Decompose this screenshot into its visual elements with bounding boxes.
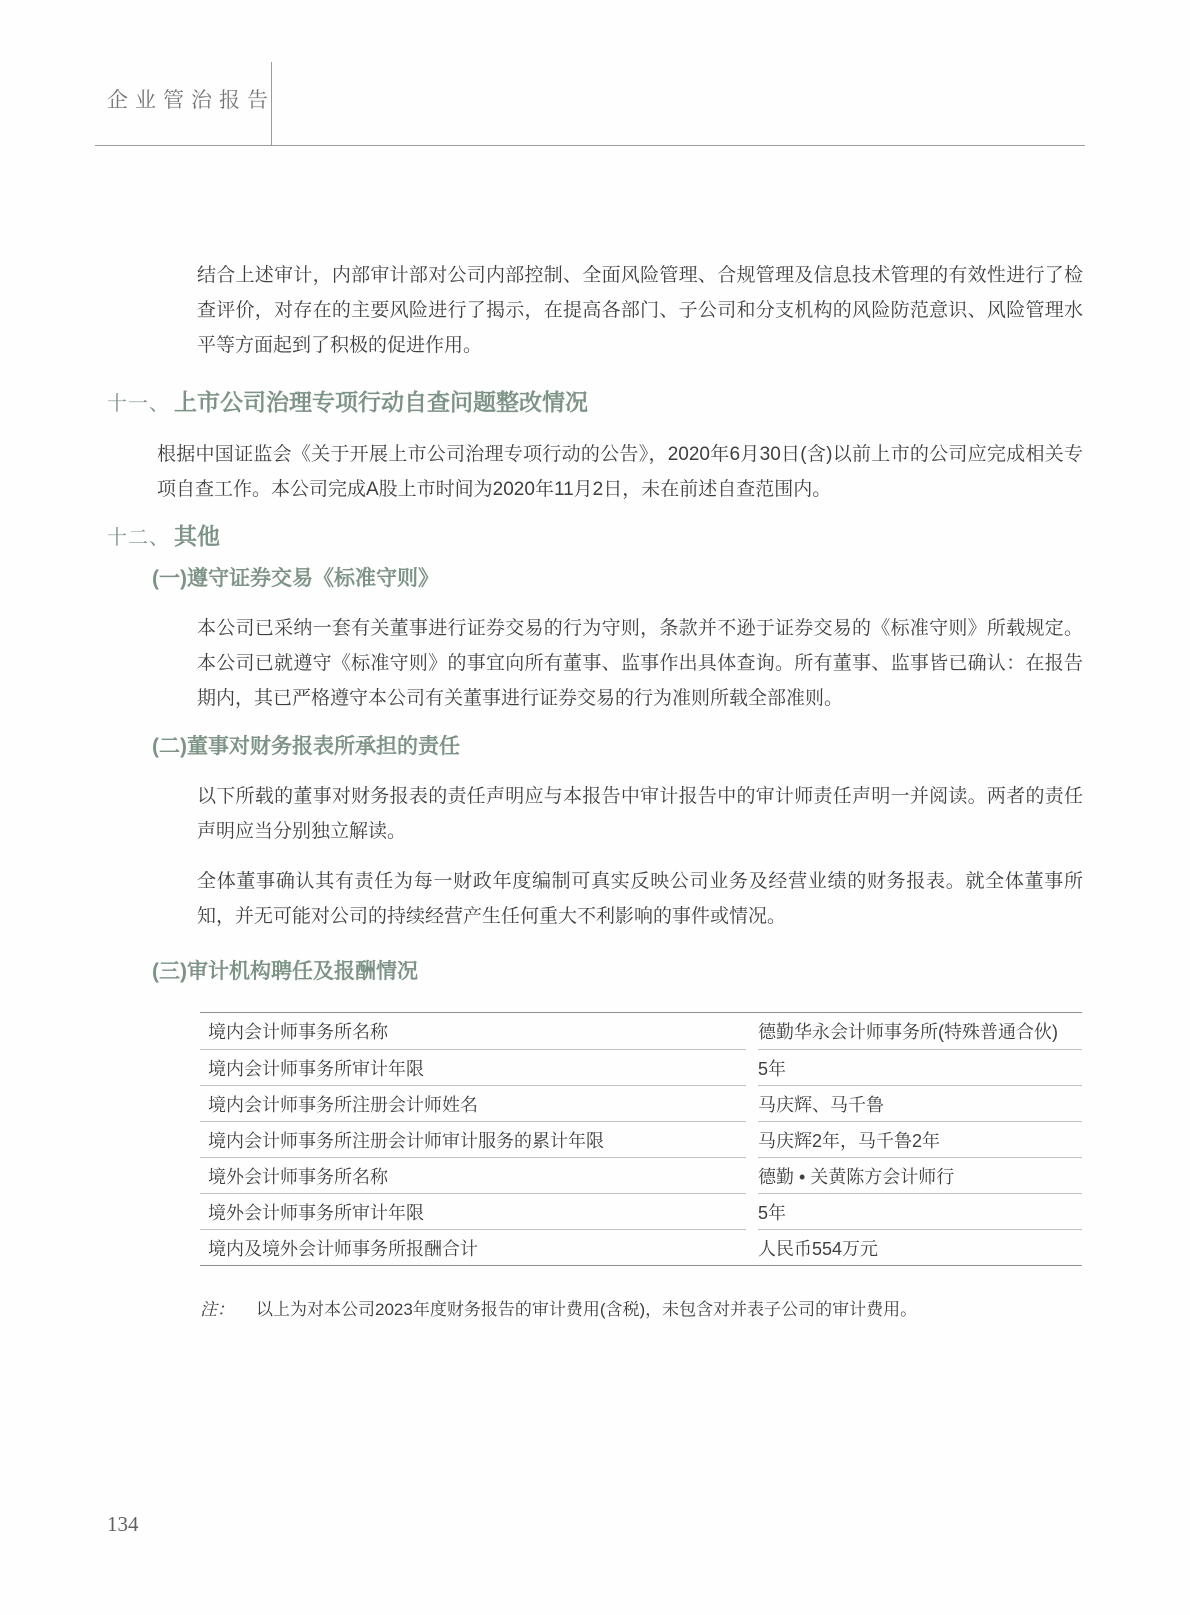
section-eleven-heading: 十一、上市公司治理专项行动自查问题整改情况 <box>107 385 588 421</box>
table-row: 境内会计师事务所名称 德勤华永会计师事务所(特殊普通合伙) <box>200 1013 1082 1049</box>
subsection-two-heading: (二)董事对财务报表所承担的责任 <box>152 731 460 763</box>
table-row-label: 境内会计师事务所名称 <box>200 1013 746 1049</box>
table-row: 境内会计师事务所审计年限 5年 <box>200 1049 1082 1085</box>
table-row: 境外会计师事务所审计年限 5年 <box>200 1193 1082 1229</box>
table-row-value: 马庆辉、马千鲁 <box>758 1085 1082 1121</box>
table-row-value: 5年 <box>758 1049 1082 1085</box>
intro-paragraph: 结合上述审计，内部审计部对公司内部控制、全面风险管理、合规管理及信息技术管理的有… <box>197 258 1083 363</box>
report-page: 企业管治报告 结合上述审计，内部审计部对公司内部控制、全面风险管理、合规管理及信… <box>0 0 1190 1615</box>
table-row-label: 境内及境外会计师事务所报酬合计 <box>200 1229 746 1265</box>
section-twelve-title: 其他 <box>174 523 220 549</box>
section-twelve-number: 十二、 <box>107 527 170 549</box>
table-row: 境内会计师事务所注册会计师姓名 马庆辉、马千鲁 <box>200 1085 1082 1121</box>
table-row-value: 德勤 • 关黄陈方会计师行 <box>758 1157 1082 1193</box>
subsection-three-heading: (三)审计机构聘任及报酬情况 <box>152 956 418 988</box>
section-eleven-paragraph: 根据中国证监会《关于开展上市公司治理专项行动的公告》，2020年6月30日(含)… <box>157 437 1083 507</box>
subsection-two-paragraph-1: 以下所载的董事对财务报表的责任声明应与本报告中审计报告中的审计师责任声明一并阅读… <box>197 779 1083 849</box>
table-row-value: 德勤华永会计师事务所(特殊普通合伙) <box>758 1013 1082 1049</box>
table-row: 境内会计师事务所注册会计师审计服务的累计年限 马庆辉2年，马千鲁2年 <box>200 1121 1082 1157</box>
subsection-one-paragraph: 本公司已采纳一套有关董事进行证券交易的行为守则，条款并不逊于证券交易的《标准守则… <box>197 611 1083 716</box>
table-row-label: 境内会计师事务所注册会计师审计服务的累计年限 <box>200 1121 746 1157</box>
subsection-two-paragraph-2: 全体董事确认其有责任为每一财政年度编制可真实反映公司业务及经营业绩的财务报表。就… <box>197 864 1083 934</box>
section-twelve-heading: 十二、其他 <box>107 519 220 555</box>
table-row-label: 境外会计师事务所审计年限 <box>200 1193 746 1229</box>
table-row-label: 境内会计师事务所审计年限 <box>200 1049 746 1085</box>
subsection-one-heading: (一)遵守证券交易《标准守则》 <box>152 563 439 595</box>
table-row-value: 5年 <box>758 1193 1082 1229</box>
footnote-text: 以上为对本公司2023年度财务报告的审计费用(含税)，未包含对并表子公司的审计费… <box>256 1300 917 1319</box>
table-row-label: 境外会计师事务所名称 <box>200 1157 746 1193</box>
table-footnote: 注：以上为对本公司2023年度财务报告的审计费用(含税)，未包含对并表子公司的审… <box>200 1296 1086 1324</box>
section-eleven-title: 上市公司治理专项行动自查问题整改情况 <box>174 389 588 415</box>
table-row: 境内及境外会计师事务所报酬合计 人民币554万元 <box>200 1229 1082 1265</box>
header-horizontal-rule <box>95 145 1085 146</box>
page-number: 134 <box>107 1512 139 1537</box>
table-row: 境外会计师事务所名称 德勤 • 关黄陈方会计师行 <box>200 1157 1082 1193</box>
auditor-info-table: 境内会计师事务所名称 德勤华永会计师事务所(特殊普通合伙) 境内会计师事务所审计… <box>200 1012 1082 1266</box>
section-eleven-number: 十一、 <box>107 393 170 415</box>
footnote-label: 注： <box>200 1300 234 1319</box>
table-row-label: 境内会计师事务所注册会计师姓名 <box>200 1085 746 1121</box>
header-vertical-rule <box>271 62 272 145</box>
table-row-value: 人民币554万元 <box>758 1229 1082 1265</box>
page-header-title: 企业管治报告 <box>107 84 275 114</box>
table-row-value: 马庆辉2年，马千鲁2年 <box>758 1121 1082 1157</box>
